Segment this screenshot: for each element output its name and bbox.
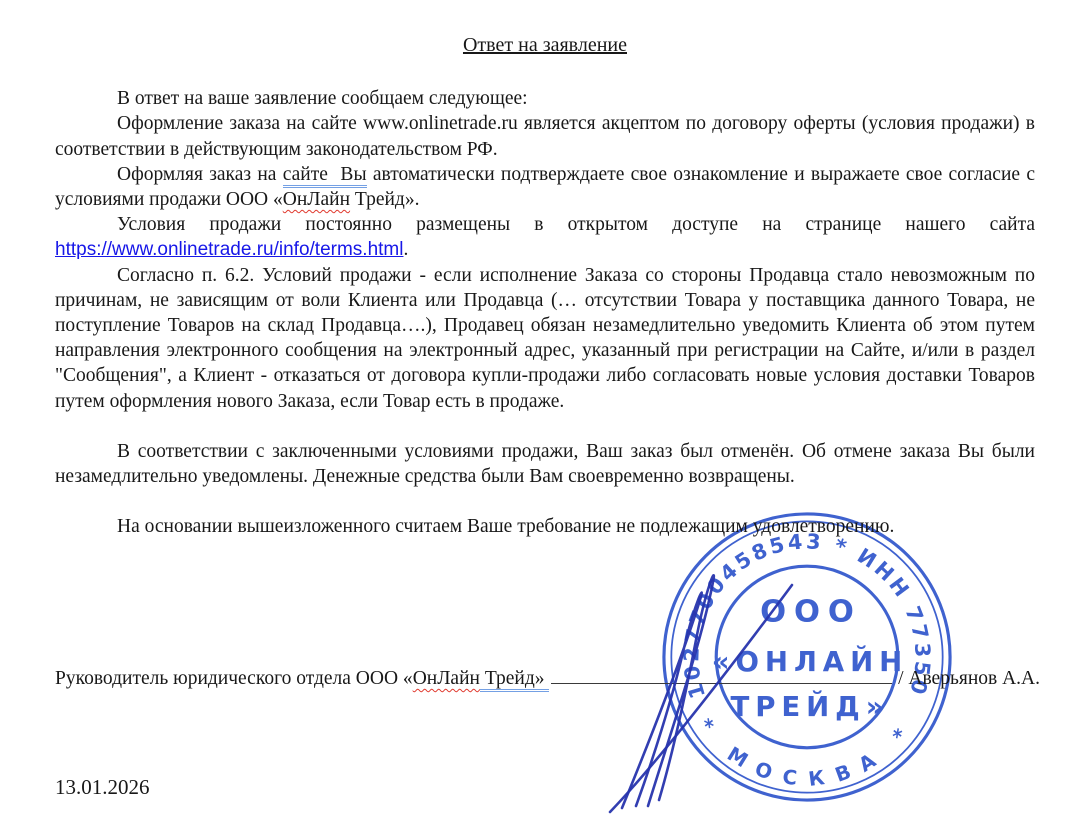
stamp-name-line2: ТРЕЙД» xyxy=(730,689,889,723)
paragraph-terms: Условия продажи постоянно размещены в от… xyxy=(55,212,1035,262)
document-date: 13.01.2026 xyxy=(55,775,150,800)
paragraph-clause: Согласно п. 6.2. Условий продажи - если … xyxy=(55,263,1035,414)
company-stamp: ОГРН 1027700458543 * ИНН 7735092378 * МО… xyxy=(659,509,955,805)
terms-text-tail: . xyxy=(403,239,408,260)
stamp-org-type: ООО xyxy=(760,594,862,629)
document-title: Ответ на заявление xyxy=(55,33,1035,58)
spellcheck-marked-brand-signature: ОнЛайн xyxy=(413,668,480,689)
spellcheck-marked-brand: ОнЛайн xyxy=(283,189,350,210)
signature-block: Руководитель юридического отдела ООО «Он… xyxy=(55,666,1040,691)
terms-text-pre: Условия продажи постоянно размещены в от… xyxy=(117,214,1035,235)
signature-name: / Аверьянов А.А. xyxy=(898,666,1040,691)
document-body: Ответ на заявление В ответ на ваше заявл… xyxy=(55,33,1035,539)
paragraph-confirm: Оформляя заказ на сайте Вы автоматически… xyxy=(55,162,1035,212)
confirm-text-tail: Трейд». xyxy=(350,189,419,210)
paragraph-conclusion: На основании вышеизложенного считаем Ваш… xyxy=(55,514,1035,539)
document-page: Ответ на заявление В ответ на ваше заявл… xyxy=(0,0,1090,816)
paragraph-cancellation: В соответствии с заключенными условиями … xyxy=(55,439,1035,489)
terms-link[interactable]: https://www.onlinetrade.ru/info/terms.ht… xyxy=(55,239,403,260)
stamp-ring-bottom-text: * МОСКВА * xyxy=(694,714,921,791)
role-text-pre: Руководитель юридического отдела ООО « xyxy=(55,668,413,689)
grammar-marked-text: сайте Вы xyxy=(283,164,367,188)
paragraph-offer: Оформление заказа на сайте www.onlinetra… xyxy=(55,111,1035,161)
grammar-marked-text-signature: Трейд» xyxy=(480,668,549,692)
signature-role: Руководитель юридического отдела ООО «Он… xyxy=(55,666,549,691)
confirm-text-pre: Оформляя заказ на xyxy=(117,164,283,185)
paragraph-intro: В ответ на ваше заявление сообщаем следу… xyxy=(55,86,1035,111)
signature-line xyxy=(551,667,892,684)
